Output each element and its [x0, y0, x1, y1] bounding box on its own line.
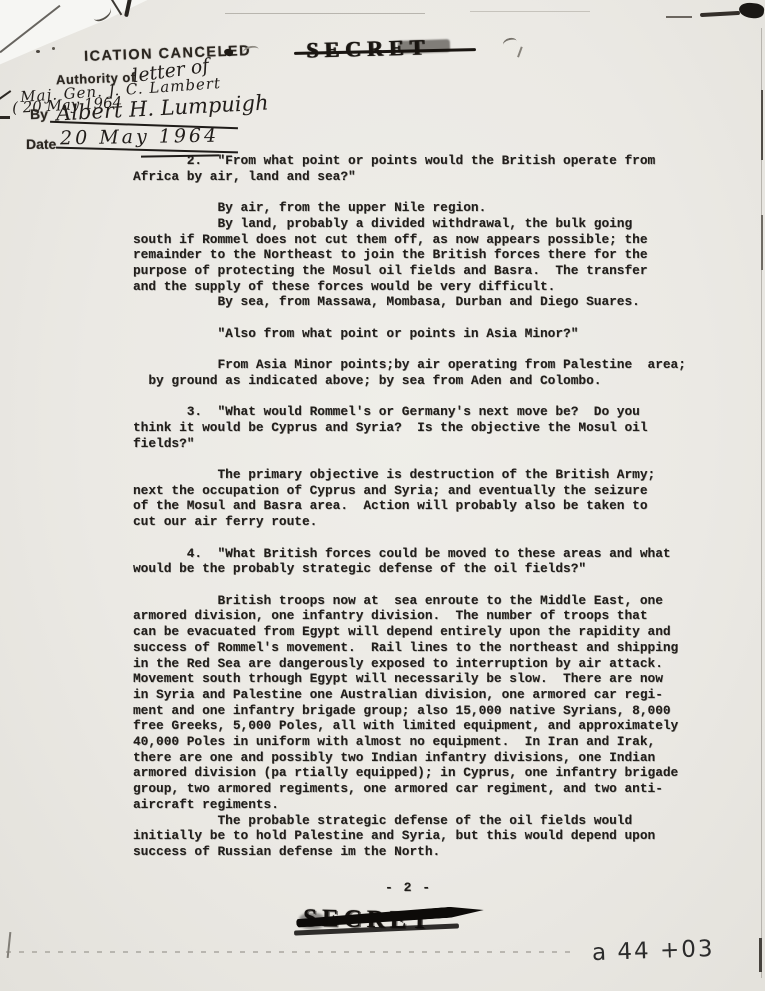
scan-mark-dot: [36, 50, 40, 53]
secret-bottom-smudge: [299, 913, 325, 929]
scan-edge-dash: [761, 90, 763, 160]
scan-faint-line: [225, 13, 425, 14]
date-handwriting: 20 May 1964: [60, 125, 220, 150]
secret-top-overstamp-smudge: [398, 39, 450, 54]
scan-corner-tick: [7, 932, 12, 958]
scan-smudge: [738, 2, 764, 20]
scan-pencil-squiggle: [502, 36, 518, 49]
scan-edge-dash: [759, 938, 762, 972]
scan-dotted-line: [6, 951, 578, 953]
scan-smudge: [666, 16, 692, 18]
scan-pencil-squiggle: [514, 45, 522, 57]
by-label: By: [30, 106, 48, 122]
scan-edge-mark: [0, 116, 10, 119]
page-number: - 2 -: [385, 880, 432, 895]
scan-smudge: [700, 11, 740, 17]
handwritten-archive-note: a 44 +03: [592, 936, 715, 966]
scan-edge-dash: [761, 215, 763, 270]
document-page: ICATION CANCELED Authority of letter of …: [0, 0, 765, 991]
scan-edge-mark: [0, 90, 11, 100]
typewritten-body: 2. "From what point or points would the …: [133, 153, 686, 860]
scan-faint-line: [470, 11, 590, 12]
scan-mark-dot: [52, 47, 55, 50]
date-label: Date: [26, 136, 56, 152]
scan-edge-line: [761, 28, 762, 978]
